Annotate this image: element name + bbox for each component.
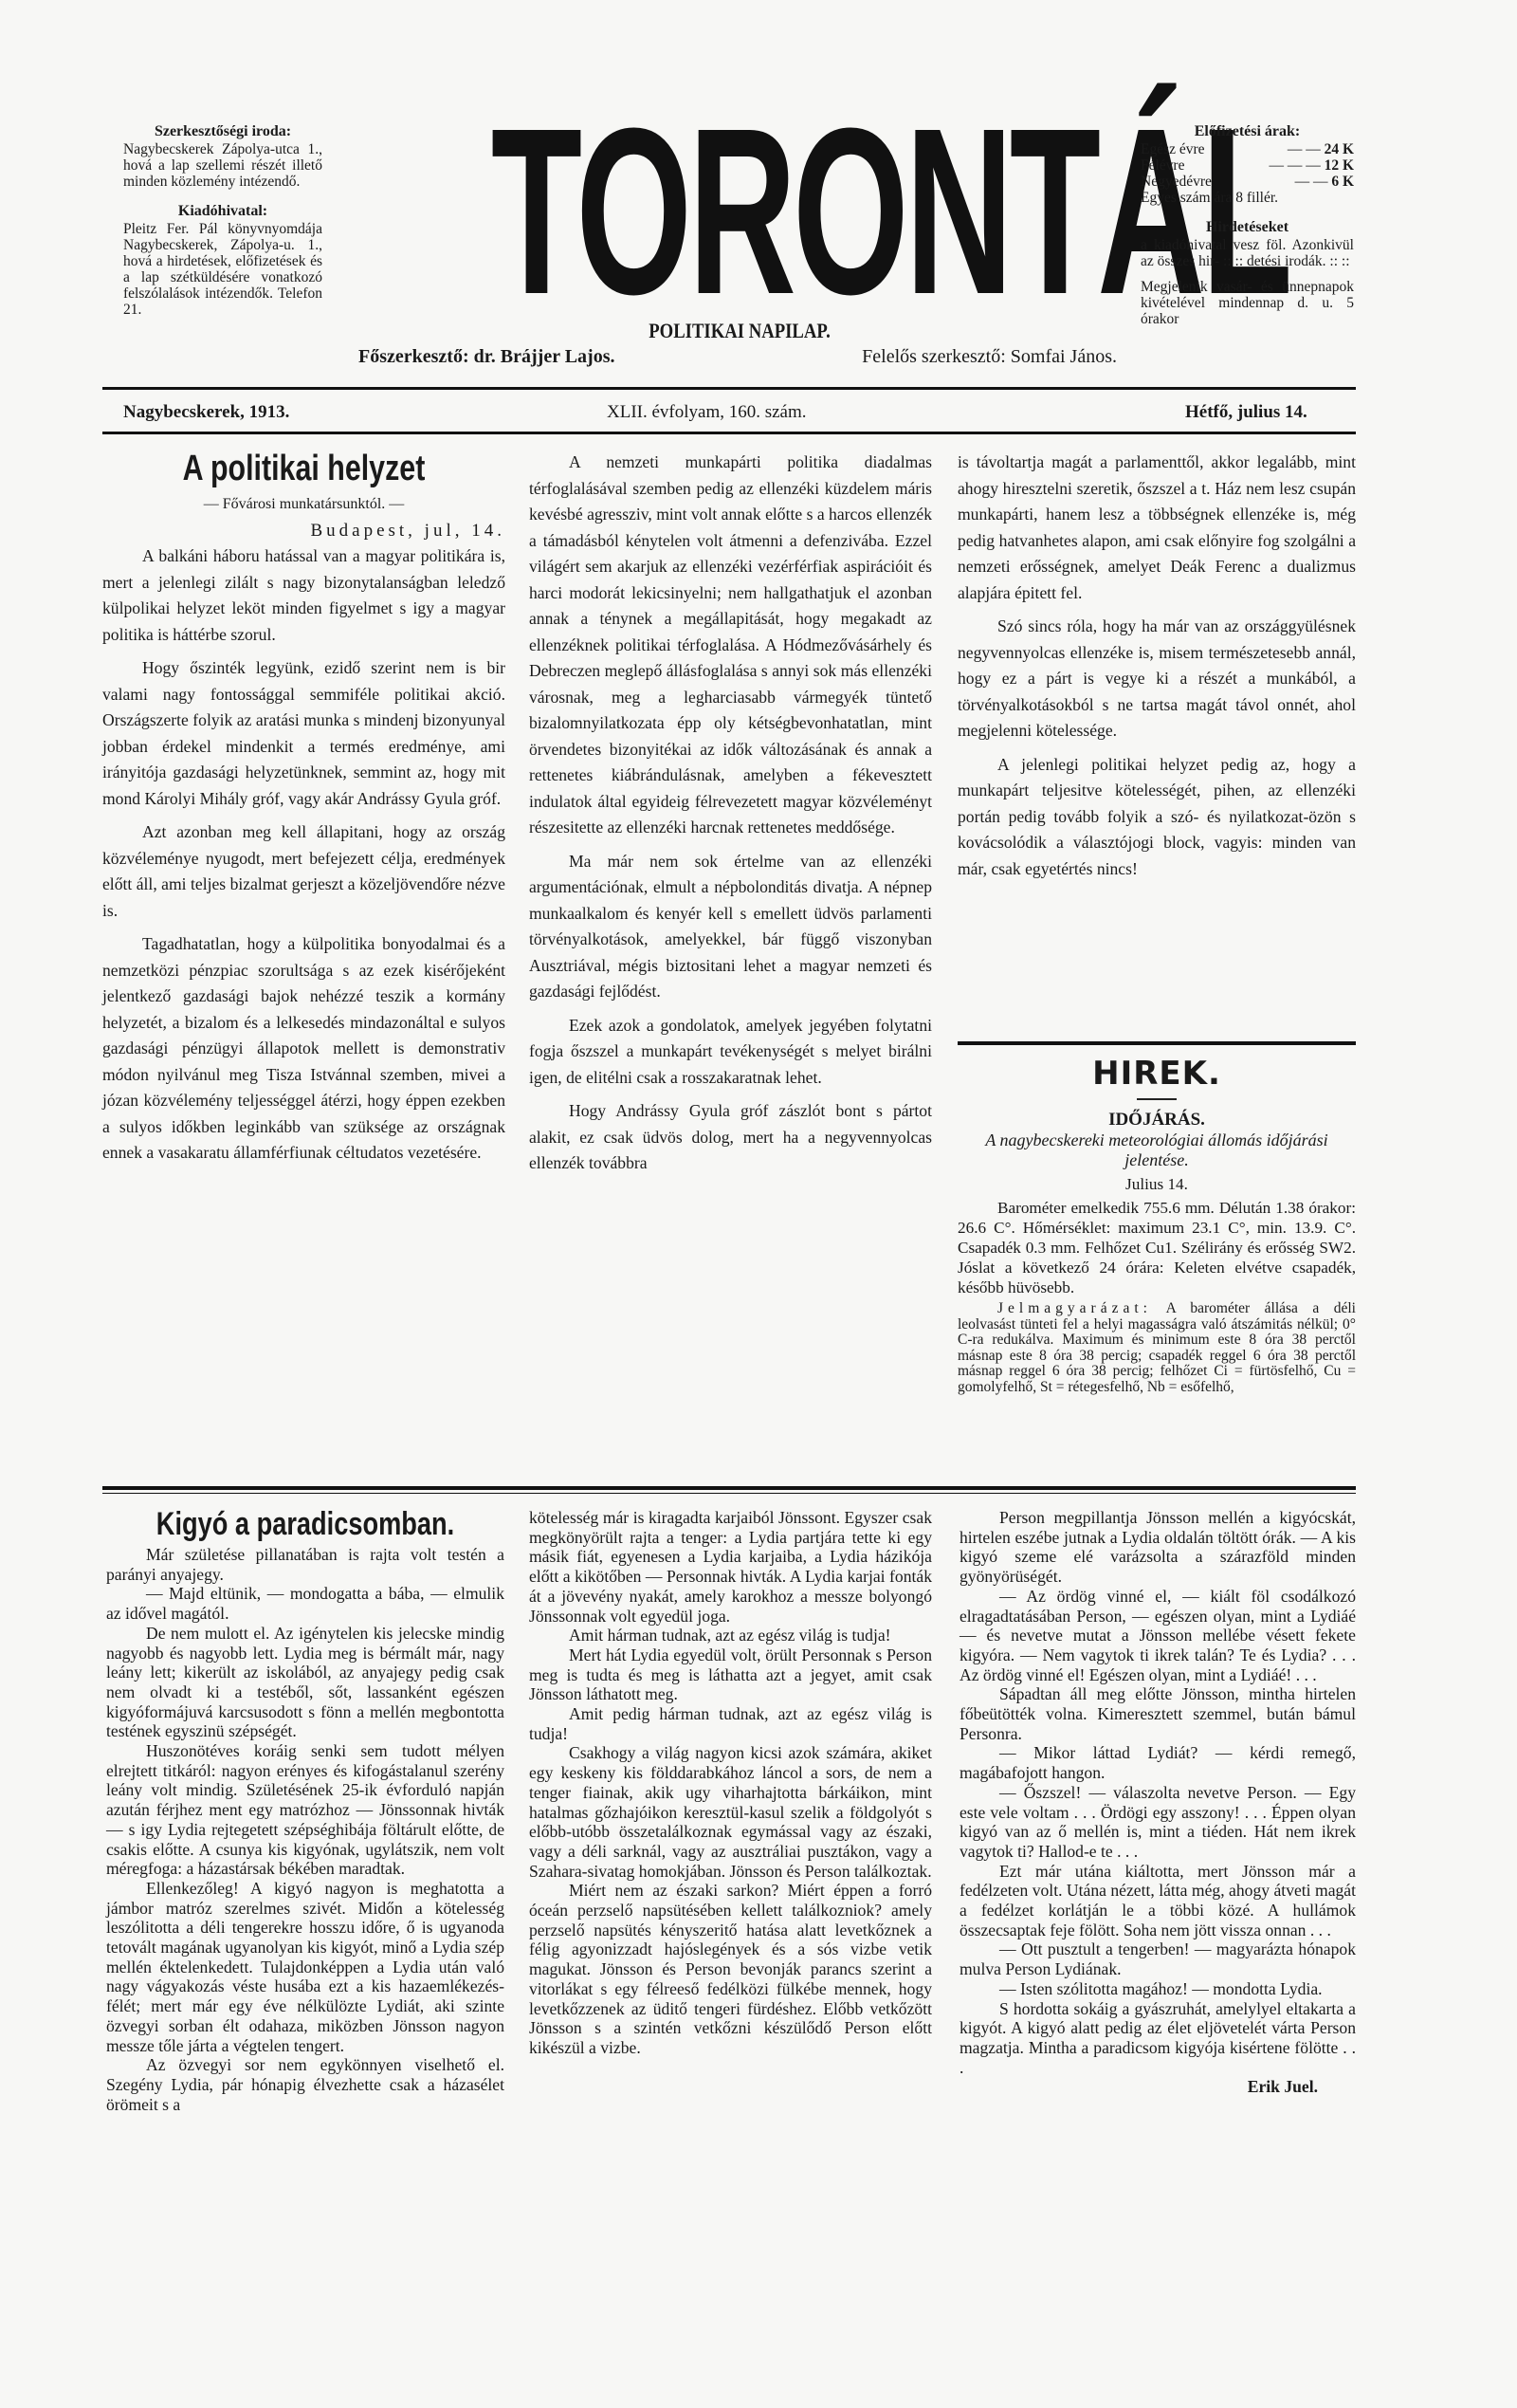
office-heading: Szerkesztőségi iroda: <box>123 123 322 139</box>
news-section: HIREK. IDŐJÁRÁS. A nagybecskereki meteor… <box>958 1055 1356 1395</box>
legend-label: Jelmagyarázat: <box>997 1300 1152 1316</box>
politics-column-1: A politikai helyzet — Fővárosi munkatárs… <box>102 446 505 1167</box>
news-rule <box>958 1041 1356 1045</box>
politics-byline: — Fővárosi munkatársunktól. — <box>102 491 505 518</box>
office-text: Nagybecskerek Zápolya-utca 1., hová a la… <box>123 141 322 190</box>
weather-subheading: A nagybecskereki meteorológiai állomás i… <box>958 1130 1356 1170</box>
price-row: Félévre — — — 12 K <box>1141 157 1354 174</box>
editorial-office-box: Szerkesztőségi iroda: Nagybecskerek Zápo… <box>123 123 322 318</box>
responsible-editor: Felelős szerkesztő: Somfai János. <box>862 346 1117 368</box>
ads-heading: Hirdetéseket <box>1141 219 1354 235</box>
story-column-2: kötelesség már is kiragadta karjaiból Jö… <box>529 1508 932 2058</box>
story-column-3: Person megpillantja Jönsson mellén a kig… <box>960 1508 1356 2097</box>
politics-column-3: is távoltartja magát a parlamenttől, akk… <box>958 450 1356 882</box>
weather-report: Barométer emelkedik 755.6 mm. Délután 1.… <box>958 1198 1356 1297</box>
dateline-place: Nagybecskerek, 1913. <box>123 402 289 423</box>
newspaper-title: TORONTÁL <box>491 121 975 302</box>
newspaper-subtitle: POLITIKAI NAPILAP. <box>562 319 917 343</box>
single-issue-price: Egyes szám ára 8 fillér. <box>1141 190 1354 206</box>
section-rule <box>102 1486 1356 1490</box>
publisher-heading: Kiadóhivatal: <box>123 203 322 219</box>
editors-line: Főszerkesztő: dr. Brájjer Lajos. Felelős… <box>358 346 1117 368</box>
news-title: HIREK. <box>958 1055 1356 1093</box>
chief-editor: Főszerkesztő: dr. Brájjer Lajos. <box>358 346 615 368</box>
price-row: Negyedévre — — 6 K <box>1141 174 1354 190</box>
price-row: Egész évre — — 24 K <box>1141 141 1354 157</box>
politics-place: Budapest, jul, 14. <box>102 518 505 544</box>
politics-column-2: A nemzeti munkapárti politika diadalmas … <box>529 450 932 1177</box>
weather-heading: IDŐJÁRÁS. <box>958 1110 1356 1130</box>
divider <box>1137 1098 1177 1100</box>
publisher-text: Pleitz Fer. Pál könyvnyomdája Nagybecske… <box>123 221 322 318</box>
dateline-date: Hétfő, julius 14. <box>1185 402 1307 423</box>
prices-heading: Előfizetési árak: <box>1141 123 1354 139</box>
section-rule-thin <box>102 1493 1356 1494</box>
story-author: Erik Juel. <box>960 2077 1356 2097</box>
dateline-volume: XLII. évfolyam, 160. szám. <box>607 402 807 423</box>
story-title: Kigyó a paradicsomban. <box>146 1503 465 1545</box>
dateline-rule <box>102 432 1356 434</box>
weather-date: Julius 14. <box>958 1174 1356 1194</box>
story-column-1: Kigyó a paradicsomban. Már születése pil… <box>106 1503 504 2114</box>
schedule-text: Megjelenik vasár- és ünnepnapok kivételé… <box>1141 279 1354 327</box>
subscription-box: Előfizetési árak: Egész évre — — 24 K Fé… <box>1141 123 1354 327</box>
ads-text: a kiadóhivatal vesz föl. Azonkivül az ös… <box>1141 237 1354 269</box>
politics-title: A politikai helyzet <box>143 446 466 491</box>
header-rule <box>102 387 1356 390</box>
